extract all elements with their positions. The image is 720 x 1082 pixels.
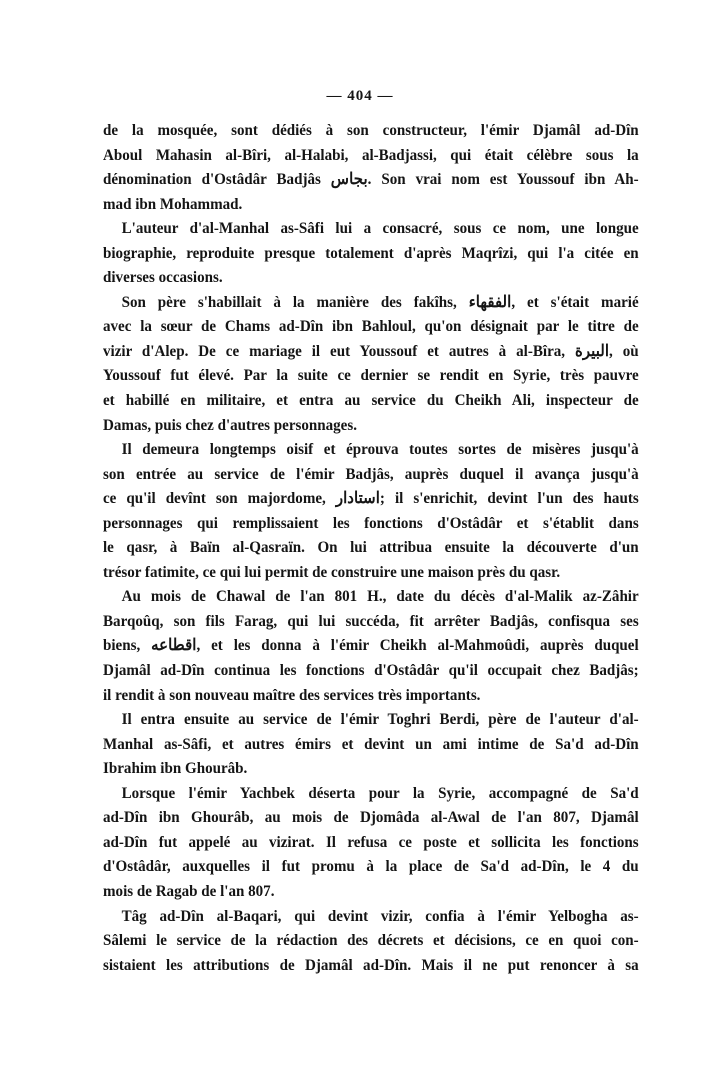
- text-line: Djamâl ad-Dîn continua les fonctions d'O…: [103, 658, 639, 683]
- text-line: Au mois de Chawal de l'an 801 H., date d…: [103, 584, 639, 609]
- text-line: diverses occasions.: [103, 265, 639, 290]
- text-line: mad ibn Mohammad.: [103, 192, 639, 217]
- text-line: Il entra ensuite au service de l'émir To…: [103, 707, 639, 732]
- text-line: L'auteur d'al-Manhal as-Sâfi lui a consa…: [103, 216, 639, 241]
- body-text: de la mosquée, sont dédiés à son constru…: [103, 118, 639, 977]
- text-line: Barqoûq, son fils Farag, qui lui succéda…: [103, 609, 639, 634]
- text-line: ad-Dîn ibn Ghourâb, au mois de Djomâda a…: [103, 805, 639, 830]
- text-line: d'Ostâdâr, auxquelles il fut promu à la …: [103, 854, 639, 879]
- text-line: Lorsque l'émir Yachbek déserta pour la S…: [103, 781, 639, 806]
- text-line: son entrée au service de l'émir Badjâs, …: [103, 462, 639, 487]
- text-line: Youssouf fut élevé. Par la suite ce dern…: [103, 363, 639, 388]
- text-line: mois de Ragab de l'an 807.: [103, 879, 639, 904]
- text-line: ad-Dîn fut appelé au vizirat. Il refusa …: [103, 830, 639, 855]
- text-line: biographie, reproduite presque totalemen…: [103, 241, 639, 266]
- text-line: de la mosquée, sont dédiés à son constru…: [103, 118, 639, 143]
- text-line: trésor fatimite, ce qui lui permit de co…: [103, 560, 639, 585]
- text-line: dénomination d'Ostâdâr Badjâs بجاس. Son …: [103, 167, 639, 192]
- text-line: vizir d'Alep. De ce mariage il eut Youss…: [103, 339, 639, 364]
- text-line: avec la sœur de Chams ad-Dîn ibn Bahloul…: [103, 314, 639, 339]
- text-line: Aboul Mahasin al-Bîri, al-Halabi, al-Bad…: [103, 143, 639, 168]
- text-line: Ibrahim ibn Ghourâb.: [103, 756, 639, 781]
- page-number: — 404 —: [0, 88, 720, 105]
- text-line: personnages qui remplissaient les foncti…: [103, 511, 639, 536]
- text-line: sistaient les attributions de Djamâl ad-…: [103, 953, 639, 978]
- text-line: Damas, puis chez d'autres personnages.: [103, 413, 639, 438]
- text-line: Sâlemi le service de la rédaction des dé…: [103, 928, 639, 953]
- text-line: et habillé en militaire, et entra au ser…: [103, 388, 639, 413]
- text-line: Il demeura longtemps oisif et éprouva to…: [103, 437, 639, 462]
- text-line: ce qu'il devînt son majordome, استادار; …: [103, 486, 639, 511]
- text-line: Manhal as-Sâfi, et autres émirs et devin…: [103, 732, 639, 757]
- text-line: Son père s'habillait à la manière des fa…: [103, 290, 639, 315]
- text-line: biens, اقطاعه, et les donna à l'émir Che…: [103, 633, 639, 658]
- text-line: Tâg ad-Dîn al-Baqari, qui devint vizir, …: [103, 904, 639, 929]
- text-line: le qasr, à Baïn al-Qasraïn. On lui attri…: [103, 535, 639, 560]
- text-line: il rendit à son nouveau maître des servi…: [103, 683, 639, 708]
